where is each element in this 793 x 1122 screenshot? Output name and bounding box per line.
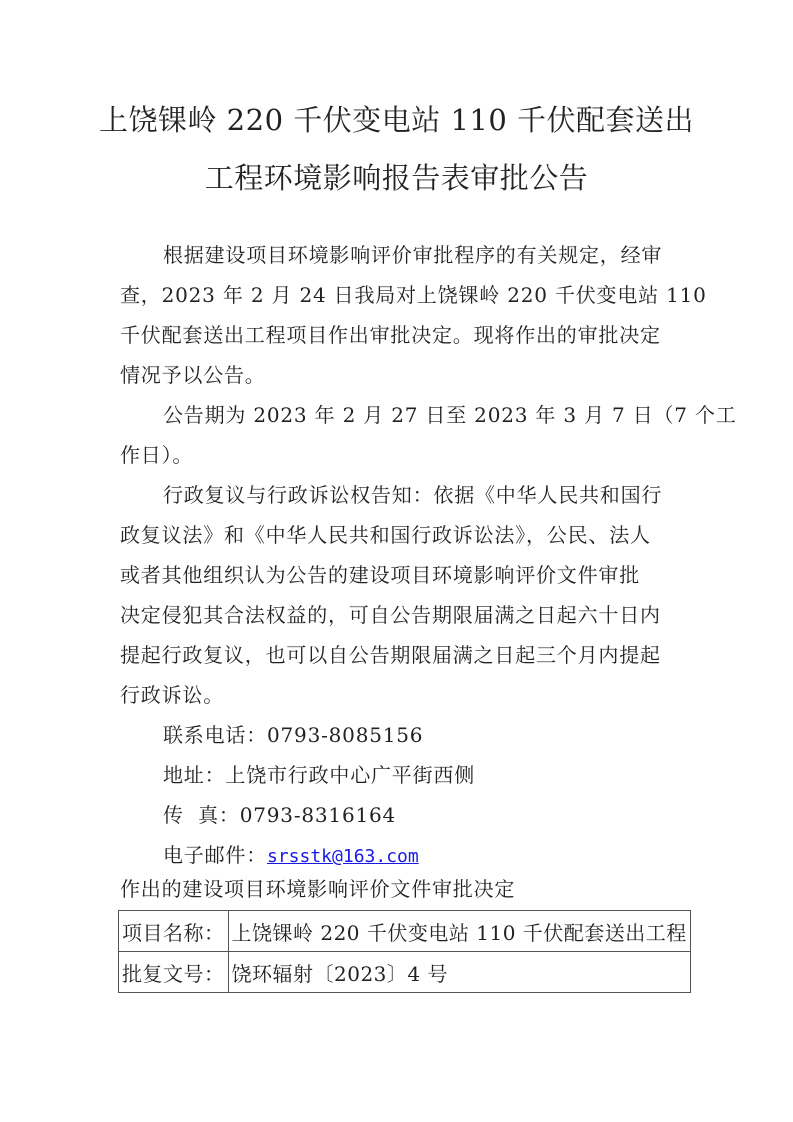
paragraph-1-line: 情况予以公告。 (120, 361, 680, 389)
phone-label: 联系电话： (163, 723, 267, 747)
paragraph-3-line: 政复议法》和《中华人民共和国行政诉讼法》，公民、法人 (120, 521, 680, 549)
approval-number-label: 批复文号： (119, 952, 229, 993)
email-label: 电子邮件： (163, 843, 267, 867)
document-page: 上饶锞岭 220 千伏变电站 110 千伏配套送出 工程环境影响报告表审批公告 … (0, 0, 793, 1122)
email-link[interactable]: srsstk@163.com (267, 846, 419, 867)
contact-phone: 联系电话：0793-8085156 (163, 721, 723, 749)
paragraph-1-line: 千伏配套送出工程项目作出审批决定。现将作出的审批决定 (120, 321, 680, 349)
paragraph-2-line: 公告期为 2023 年 2 月 27 日至 2023 年 3 月 7 日（7 个… (163, 401, 723, 429)
fax-value: 0793-8316164 (240, 803, 396, 827)
decision-heading: 作出的建设项目环境影响评价文件审批决定 (120, 875, 680, 903)
paragraph-1-line: 根据建设项目环境影响评价审批程序的有关规定，经审 (163, 241, 723, 269)
paragraph-3-line: 行政诉讼。 (120, 681, 680, 709)
paragraph-3-line: 提起行政复议，也可以自公告期限届满之日起三个月内提起 (120, 641, 680, 669)
address-value: 上饶市行政中心广平街西侧 (225, 763, 475, 787)
contact-email: 电子邮件：srsstk@163.com (163, 841, 723, 871)
contact-fax: 传 真：0793-8316164 (163, 801, 723, 829)
title-line-2: 工程环境影响报告表审批公告 (0, 156, 793, 197)
phone-value: 0793-8085156 (267, 723, 423, 747)
approval-number-value: 饶环辐射〔2023〕4 号 (228, 952, 690, 993)
title-line-1: 上饶锞岭 220 千伏变电站 110 千伏配套送出 (0, 98, 793, 139)
contact-address: 地址：上饶市行政中心广平街西侧 (163, 761, 723, 789)
table-row: 项目名称： 上饶锞岭 220 千伏变电站 110 千伏配套送出工程 (119, 911, 691, 952)
fax-label: 传 真： (163, 803, 240, 827)
paragraph-3-line: 决定侵犯其合法权益的，可自公告期限届满之日起六十日内 (120, 601, 680, 629)
paragraph-1-line: 查，2023 年 2 月 24 日我局对上饶锞岭 220 千伏变电站 110 (120, 281, 680, 309)
decision-table: 项目名称： 上饶锞岭 220 千伏变电站 110 千伏配套送出工程 批复文号： … (118, 910, 691, 993)
paragraph-2-line: 作日）。 (120, 441, 680, 469)
project-name-value: 上饶锞岭 220 千伏变电站 110 千伏配套送出工程 (228, 911, 690, 952)
project-name-label: 项目名称： (119, 911, 229, 952)
paragraph-3-line: 或者其他组织认为公告的建设项目环境影响评价文件审批 (120, 561, 680, 589)
address-label: 地址： (163, 763, 225, 787)
paragraph-3-line: 行政复议与行政诉讼权告知：依据《中华人民共和国行 (163, 481, 723, 509)
table-row: 批复文号： 饶环辐射〔2023〕4 号 (119, 952, 691, 993)
